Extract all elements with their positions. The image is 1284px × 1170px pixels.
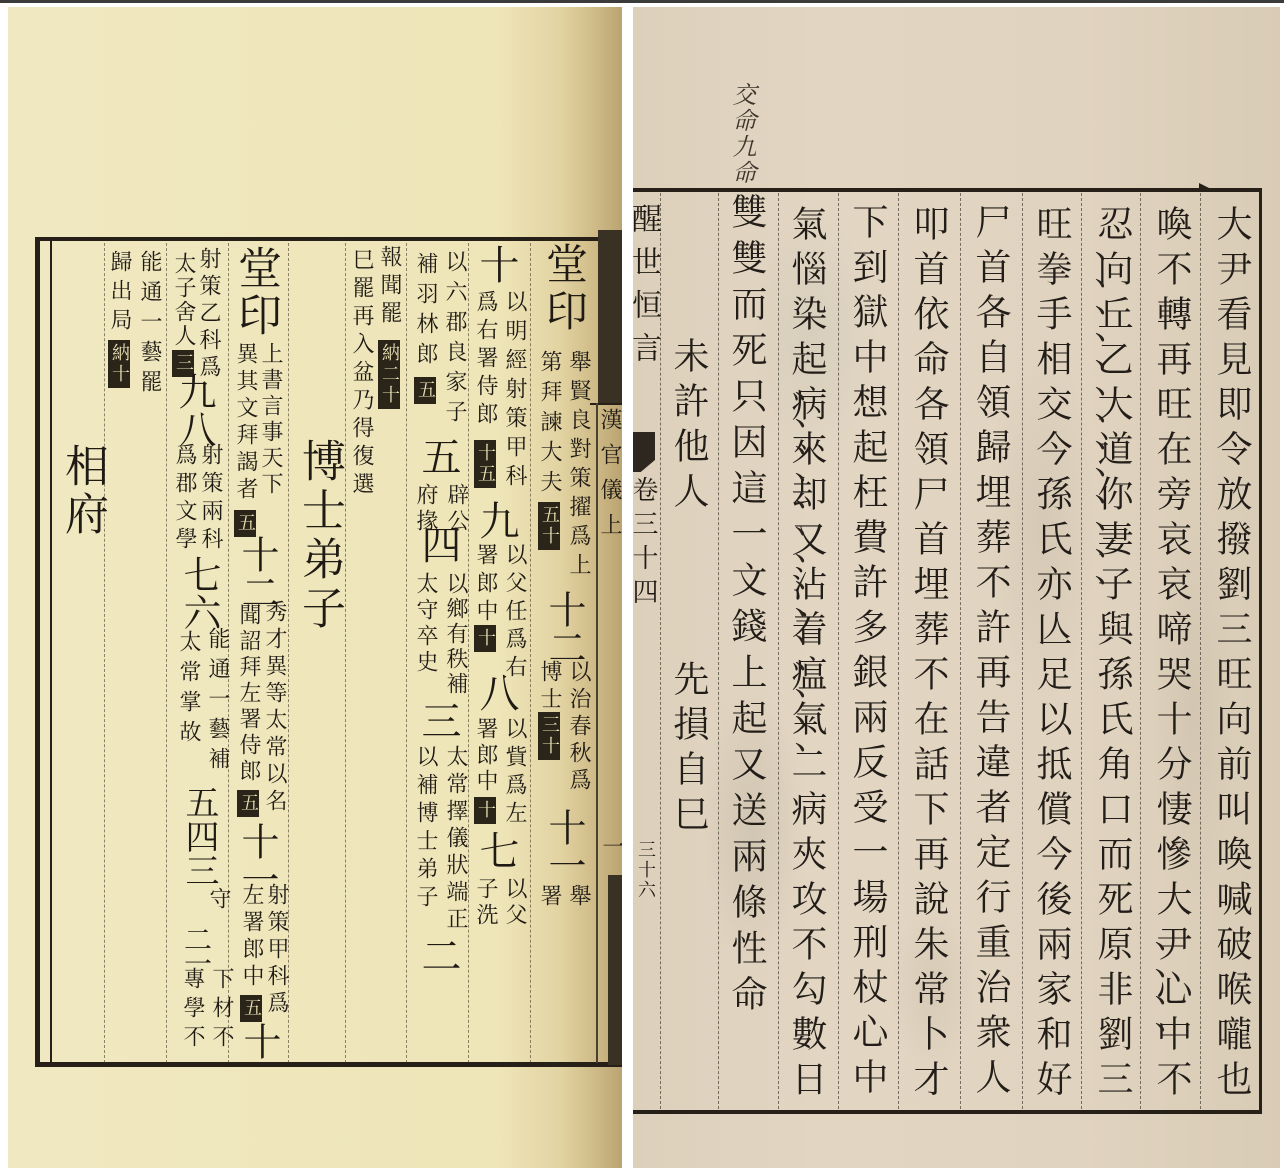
col-g-rank-numbers: 九八 [175, 372, 213, 448]
frame-top-border [35, 237, 608, 241]
col-b-note-right: 以明經射策甲科 [503, 290, 525, 493]
col-b-rank-number: 七 [476, 830, 516, 870]
col-a-note-left: 博士 [538, 660, 560, 714]
column-divider [468, 243, 469, 1063]
col-g-note-left: 太子舍人 [172, 252, 194, 348]
frame-right-border [1259, 188, 1262, 1114]
col-c-rank-number: 五 [418, 436, 458, 476]
col-c-note-right: 以六郡良家子 [443, 250, 465, 430]
frame-inner-line [50, 241, 52, 1064]
col-a-note-left: 署 [538, 884, 560, 912]
col-f-number-box: 五 [240, 995, 262, 1022]
col-d-note-left: 巳罷再入盆乃得復選 [350, 248, 372, 500]
col-b-note-left: 爲右署侍郎 [474, 290, 496, 430]
col-c-rank-number: 三 [418, 700, 458, 740]
text-column-5: 尸首各自領歸埋葬不許再告違者定行重治衆人 [972, 203, 1008, 1103]
col-b-rank-number: 八 [476, 672, 516, 712]
frame-top-border [633, 188, 1262, 192]
col-f-note-right: 秀才異等太常以名 [263, 600, 285, 816]
col-h-number-box: 納十 [108, 340, 130, 388]
col-h-note-left: 歸出局 [108, 250, 130, 337]
col-c-rank-number: 四 [418, 524, 458, 564]
center-margin-title: 漢官儀上 [598, 408, 620, 548]
col-a-note-right: 以治春秋爲 [567, 660, 589, 795]
col-b-number-box: 十 [474, 797, 496, 824]
center-margin-page-number: 一 [600, 835, 622, 857]
text-column-6: 叩首依命各領尸首埋葬不在話下再說朱常卜才 [910, 205, 946, 1105]
col-a-rank-number: 十一 [545, 808, 583, 884]
col-g-note-right: 射策乙科爲 [197, 247, 219, 382]
right-book-page: 交命九命 醒世恒言 卷三十四 三十六 大尹看見即令放撥劉三旺向前叫喚喊破喉嚨也 … [633, 7, 1280, 1168]
col-c-number-box: 五 [414, 377, 436, 404]
col-g-note-left: 專學不 [181, 967, 203, 1054]
col-b-number-box: 十五 [474, 440, 496, 488]
column-divider [898, 193, 899, 1109]
col-c-note-right: 太常擇儀狀端正 [444, 745, 466, 934]
col-f-note-left: 左署郎中 [240, 883, 262, 991]
column-divider [1022, 193, 1023, 1109]
col-b-note-left: 子洗 [474, 877, 496, 929]
center-margin-volume: 卷三十四 [633, 476, 656, 612]
col-e-heading: 博士弟子 [297, 438, 341, 634]
col-b-note-right: 以父 [503, 877, 525, 929]
col-a-note-left: 第拜諫大夫 [538, 350, 560, 500]
column-divider [345, 243, 346, 1063]
col-f-note-right: 射策甲科爲 [265, 883, 287, 1018]
fishtail-mark [633, 432, 655, 472]
column-divider [838, 193, 839, 1109]
center-margin-black-block [598, 230, 622, 403]
handwritten-note: 交命九命 [730, 82, 754, 186]
center-margin-black-block-bottom [608, 875, 622, 1065]
col-f-rank-number: 十 [240, 1022, 278, 1060]
center-margin-rule [590, 403, 622, 405]
column-divider [718, 193, 719, 1109]
col-b-note-left: 署郎中 [474, 543, 496, 627]
column-divider [1200, 193, 1201, 1109]
col-c-note-left: 以補博士弟子 [414, 745, 436, 913]
couplet-first-line: 未許他人 [670, 337, 706, 517]
frame-left-border [35, 237, 40, 1067]
window-top-border [0, 0, 1284, 3]
text-column-4: 旺拳手相交今孫氏亦亾足以抵償今後兩家和好 [1033, 205, 1069, 1105]
col-g-note-left: 爲郡文學 [173, 443, 195, 555]
col-c-rank-number: 二 [418, 935, 458, 975]
col-c-note-left: 太守卒史 [414, 572, 436, 676]
text-column-7: 下到獄中想起枉費許多銀兩反受一場刑杖心中 [849, 203, 885, 1103]
col-g-rank-numbers: 五四三 [182, 785, 216, 887]
couplet-second-line: 先損自巳 [670, 660, 706, 840]
col-g-note-right: 射策兩科 [199, 443, 221, 555]
text-column-9: 雙雙而死只因這一文錢上起又送兩條性命 [728, 193, 764, 1021]
col-g-note-right: 能通一藝補 [206, 627, 228, 777]
col-g-rank-numbers: 二一 [182, 925, 210, 973]
col-f-note-left: 聞詔拜左署侍郎 [237, 603, 259, 785]
col-d-number-box: 納二十 [378, 340, 400, 409]
col-a-rank-number: 十二 [545, 590, 583, 666]
col-g-note-left: 太常掌故 [177, 630, 199, 750]
col-f-heading: 堂印 [233, 245, 277, 339]
frame-bottom-border [633, 1110, 1262, 1114]
col-g-rank-numbers: 七六 [180, 555, 218, 631]
col-i-heading: 相府 [60, 443, 104, 539]
col-b-rank-number: 十 [476, 244, 516, 284]
col-g-note-right: 守 [207, 887, 229, 915]
col-b-rank-number: 九 [476, 500, 516, 540]
center-margin-title: 醒世恒言 [633, 203, 658, 375]
corner-tick-mark [1199, 183, 1211, 189]
col-d-note-right: 報聞罷 [378, 245, 400, 329]
col-f-number-box: 五 [237, 790, 259, 817]
col-b-number-box: 十 [474, 625, 496, 652]
col-f-number-box: 五 [234, 510, 256, 537]
column-divider [530, 243, 531, 1063]
left-book-page: 漢官儀上 一 堂印 舉賢良對策擢爲上 第拜諫大夫 五十 十二 以治春秋爲 博士 … [8, 7, 622, 1168]
column-divider [104, 243, 105, 1063]
column-divider [166, 243, 167, 1063]
col-a-note-right: 舉 [567, 884, 589, 912]
col-a-number-box: 五十 [538, 502, 560, 550]
col-a-note-right: 舉賢良對策擢爲上 [567, 350, 589, 582]
emphasis-marks: 、、、、、、、、、、、、、 [1068, 250, 1104, 619]
center-margin-page-number: 三十六 [636, 840, 654, 900]
emphasis-marks: 、、、、 [1128, 940, 1164, 1066]
emphasis-marks: 、、、、、、、、、、、、、、 [768, 390, 804, 786]
col-c-note-right: 以鄉有秩補 [444, 572, 466, 697]
column-divider [406, 243, 407, 1063]
frame-bottom-border [35, 1062, 622, 1067]
col-a-heading: 堂印 [543, 242, 585, 336]
col-f-note-right: 上書言事天下 [259, 342, 281, 498]
col-f-note-left: 異其文拜謁者 [234, 342, 256, 504]
text-column-1: 大尹看見即令放撥劉三旺向前叫喚喊破喉嚨也 [1213, 205, 1249, 1105]
col-h-note-right: 能通一藝罷 [138, 250, 160, 400]
col-b-note-left: 署郎中 [474, 717, 496, 795]
col-g-note-right: 下材不 [210, 967, 232, 1054]
col-b-note-right: 以父任爲右 [503, 543, 525, 683]
col-b-note-right: 以貲爲左 [503, 717, 525, 829]
col-c-note-left: 補羽林郎 [414, 252, 436, 372]
column-divider [960, 193, 961, 1109]
col-a-number-box: 三十 [538, 712, 560, 760]
